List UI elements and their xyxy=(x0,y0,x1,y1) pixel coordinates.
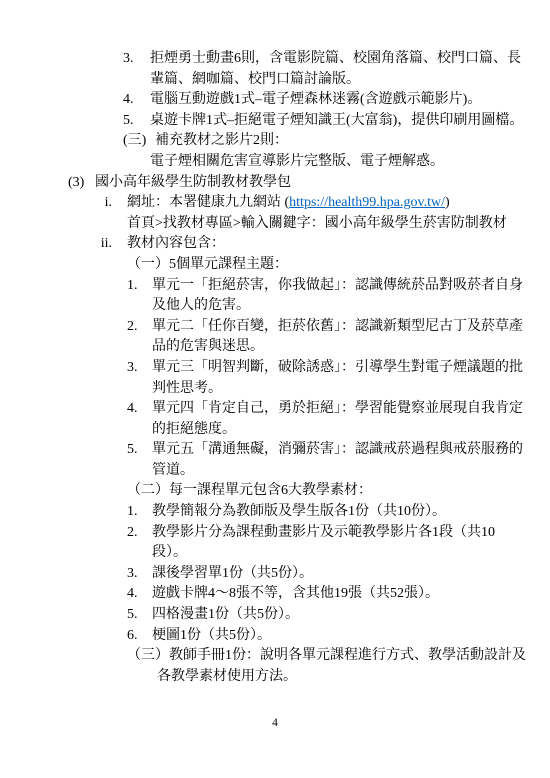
text-line: （一）5個單元課程主題： xyxy=(0,255,550,276)
list-label: 2. xyxy=(127,523,152,544)
list-label: (三) xyxy=(123,131,155,152)
text-line: i.網址：本署健康九九網站 (https://health99.hpa.gov.… xyxy=(0,193,550,214)
text-segment: 品的危害與迷思。 xyxy=(152,339,264,354)
text-line: 1.教學簡報分為教師版及學生版各1份（共10份）。 xyxy=(0,502,550,523)
text-segment: 課後學習單1份（共5份）。 xyxy=(152,566,313,581)
text-segment: 單元五「溝通無礙，消彌菸害」：認識戒菸過程與戒菸服務的 xyxy=(152,442,523,457)
text-segment: 的拒絕態度。 xyxy=(152,422,236,437)
list-label: 3. xyxy=(127,564,152,585)
text-line: ii.教材內容包含： xyxy=(0,234,550,255)
list-label: ii. xyxy=(95,234,112,255)
text-line: 的拒絕態度。 xyxy=(0,420,550,441)
document-body: 3.拒煙勇士動畫6則，含電影院篇、校園角落篇、校門口篇、長輩篇、網咖篇、校門口篇… xyxy=(0,49,550,687)
text-segment: 單元四「肯定自己，勇於拒絕」：學習能覺察並展現自我肯定 xyxy=(152,401,523,416)
list-label: 4. xyxy=(123,90,150,111)
text-segment: 各教學素材使用方法。 xyxy=(157,669,297,684)
text-line: 2.教學影片分為課程動畫影片及示範教學影片各1段（共10 xyxy=(0,523,550,544)
text-segment: 單元一「拒絕菸害，你我做起」：認識傳統菸品對吸菸者自身 xyxy=(152,278,523,293)
text-segment: （二）每一課程單元包含6大教學素材： xyxy=(127,483,372,498)
text-line: 各教學素材使用方法。 xyxy=(0,667,550,688)
text-line: （二）每一課程單元包含6大教學素材： xyxy=(0,481,550,502)
text-segment: 拒煙勇士動畫6則，含電影院篇、校園角落篇、校門口篇、長 xyxy=(150,51,521,66)
text-segment: （一）5個單元課程主題： xyxy=(127,257,288,272)
text-line: 4.電腦互動遊戲1式–電子煙森林迷霧(含遊戲示範影片)。 xyxy=(0,90,550,111)
list-label: (3) xyxy=(68,173,95,194)
list-label: 2. xyxy=(127,317,152,338)
text-segment: 遊戲卡牌4～8張不等，含其他19張（共52張）。 xyxy=(152,586,439,601)
list-label: 1. xyxy=(127,502,152,523)
text-line: 首頁>找教材專區>輸入關鍵字：國小高年級學生菸害防制教材 xyxy=(0,214,550,235)
list-label: i. xyxy=(95,193,112,214)
list-label: 4. xyxy=(127,584,152,605)
list-label: 6. xyxy=(127,626,152,647)
list-label: 3. xyxy=(127,358,152,379)
text-segment: 段）。 xyxy=(152,545,187,560)
text-line: 及他人的危害。 xyxy=(0,296,550,317)
text-line: 1.單元一「拒絕菸害，你我做起」：認識傳統菸品對吸菸者自身 xyxy=(0,276,550,297)
list-label: 5. xyxy=(127,605,152,626)
text-segment: 及他人的危害。 xyxy=(152,298,250,313)
text-line: 5.桌遊卡牌1式–拒絕電子煙知識王(大富翁)，提供印刷用圖檔。 xyxy=(0,111,550,132)
text-segment: 國小高年級學生防制教材教學包 xyxy=(95,175,291,190)
text-segment: 補充教材之影片2則： xyxy=(155,133,288,148)
text-segment: 判性思考。 xyxy=(152,381,222,396)
text-line: 5.單元五「溝通無礙，消彌菸害」：認識戒菸過程與戒菸服務的 xyxy=(0,440,550,461)
list-label: 5. xyxy=(127,440,152,461)
text-line: (3)國小高年級學生防制教材教學包 xyxy=(0,173,550,194)
text-line: 6.梗圖1份（共5份）。 xyxy=(0,626,550,647)
document-page: 3.拒煙勇士動畫6則，含電影院篇、校園角落篇、校門口篇、長輩篇、網咖篇、校門口篇… xyxy=(0,0,550,778)
text-line: 管道。 xyxy=(0,461,550,482)
text-line: 4.單元四「肯定自己，勇於拒絕」：學習能覺察並展現自我肯定 xyxy=(0,399,550,420)
text-line: 品的危害與迷思。 xyxy=(0,337,550,358)
text-line: 3.課後學習單1份（共5份）。 xyxy=(0,564,550,585)
text-segment: 教學簡報分為教師版及學生版各1份（共10份）。 xyxy=(152,504,446,519)
text-line: 2.單元二「任你百變，拒菸依舊」：認識新類型尼古丁及菸草產 xyxy=(0,317,550,338)
text-line: 5.四格漫畫1份（共5份）。 xyxy=(0,605,550,626)
text-segment: 單元三「明智判斷，破除誘惑」：引導學生對電子煙議題的批 xyxy=(152,360,523,375)
text-line: 輩篇、網咖篇、校門口篇討論版。 xyxy=(0,70,550,91)
list-label: 5. xyxy=(123,111,150,132)
text-line: (三)補充教材之影片2則： xyxy=(0,131,550,152)
text-segment: 梗圖1份（共5份）。 xyxy=(152,628,271,643)
text-line: 電子煙相關危害宣導影片完整版、電子煙解惑。 xyxy=(0,152,550,173)
text-line: 4.遊戲卡牌4～8張不等，含其他19張（共52張）。 xyxy=(0,584,550,605)
health99-link[interactable]: https://health99.hpa.gov.tw/ xyxy=(289,195,445,210)
text-segment: 電子煙相關危害宣導影片完整版、電子煙解惑。 xyxy=(150,154,444,169)
text-segment: （三）教師手冊1份：說明各單元課程進行方式、教學活動設計及 xyxy=(127,648,526,663)
text-segment: 教材內容包含： xyxy=(127,236,225,251)
text-segment: 首頁>找教材專區>輸入關鍵字：國小高年級學生菸害防制教材 xyxy=(127,216,507,231)
text-segment: 管道。 xyxy=(152,463,194,478)
text-segment: 教學影片分為課程動畫影片及示範教學影片各1段（共10 xyxy=(152,525,495,540)
text-segment: 電腦互動遊戲1式–電子煙森林迷霧(含遊戲示範影片)。 xyxy=(150,92,481,107)
list-label: 1. xyxy=(127,276,152,297)
list-label: 3. xyxy=(123,49,150,70)
text-line: 3.單元三「明智判斷，破除誘惑」：引導學生對電子煙議題的批 xyxy=(0,358,550,379)
page-number: 4 xyxy=(0,717,550,729)
text-segment: 輩篇、網咖篇、校門口篇討論版。 xyxy=(150,72,360,87)
text-segment: 單元二「任你百變，拒菸依舊」：認識新類型尼古丁及菸草產 xyxy=(152,319,523,334)
text-segment: 四格漫畫1份（共5份）。 xyxy=(152,607,299,622)
text-segment: 桌遊卡牌1式–拒絕電子煙知識王(大富翁)，提供印刷用圖檔。 xyxy=(150,113,523,128)
text-segment: 網址：本署健康九九網站 ( xyxy=(127,195,289,210)
text-line: 段）。 xyxy=(0,543,550,564)
text-line: （三）教師手冊1份：說明各單元課程進行方式、教學活動設計及 xyxy=(0,646,550,667)
text-line: 判性思考。 xyxy=(0,379,550,400)
text-line: 3.拒煙勇士動畫6則，含電影院篇、校園角落篇、校門口篇、長 xyxy=(0,49,550,70)
list-label: 4. xyxy=(127,399,152,420)
text-segment: ) xyxy=(445,195,450,210)
